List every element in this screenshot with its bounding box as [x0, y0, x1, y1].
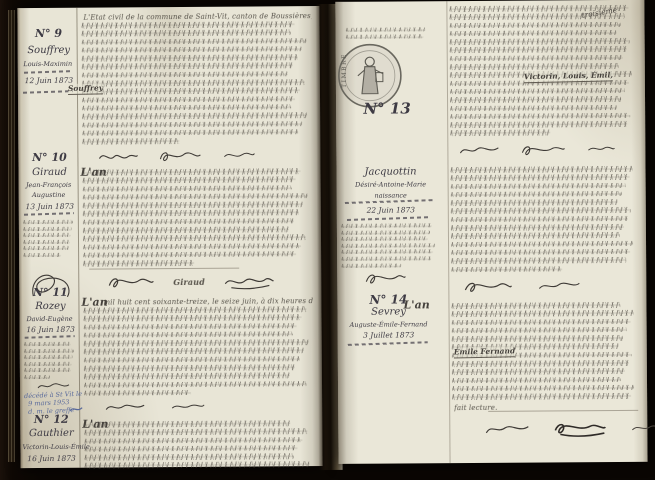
margin-annotation-handwriting — [23, 220, 75, 260]
signature-flourish — [630, 420, 655, 438]
signature-flourish — [170, 400, 206, 413]
scanned-register-spread: N° 9 Souffrey Louis-Maximin 12 Juin 1873… — [0, 0, 655, 480]
signature-flourish — [586, 142, 616, 157]
signature-flourish — [537, 278, 581, 294]
act14-signature-row — [484, 420, 655, 439]
act-date: 16 Juin 1873 — [24, 326, 78, 334]
margin-dash-divider — [24, 70, 72, 74]
act9-body-handwriting — [81, 21, 314, 147]
act13-body-handwriting — [451, 166, 640, 275]
blue-paraph-flourish — [68, 404, 84, 414]
signature-flourish — [520, 142, 566, 157]
margin-dash-divider — [345, 199, 433, 204]
act9-underlined-name: Souffrey — [68, 83, 103, 95]
act-given-names: Auguste-Émile-Fernand — [340, 321, 438, 328]
signature-flourish — [458, 143, 500, 158]
margin-dash-divider — [347, 216, 431, 221]
act11-signature-row — [104, 400, 206, 414]
signature-flourish — [222, 148, 256, 162]
signature-flourish — [104, 400, 148, 413]
signature-flourish — [158, 149, 202, 163]
act-given-names: Jean-François — [21, 182, 77, 189]
act-number: N° 12 — [26, 414, 76, 425]
open-book-spread: N° 9 Souffrey Louis-Maximin 12 Juin 1873… — [3, 0, 650, 478]
stamp-text: TIMBRE — [341, 53, 348, 88]
act-end-rule — [89, 268, 239, 270]
signature-name: Giraud — [173, 278, 205, 287]
act-end-rule — [488, 410, 638, 412]
margin-annotation-handwriting — [341, 223, 439, 270]
act-surname: Giraud — [22, 168, 76, 178]
margin-rule-left-page — [76, 8, 80, 468]
act-number: N° 11 — [25, 287, 75, 298]
act-surname: Souffrey — [22, 46, 76, 56]
margin-handwriting-over-stamp — [346, 27, 434, 41]
margin-annotation-handwriting — [24, 342, 76, 382]
margin-dash-divider — [23, 90, 73, 94]
act-date: 16 Juin 1873 — [25, 455, 79, 463]
signature-flourish — [107, 274, 155, 290]
act9-signature-row — [98, 148, 256, 163]
signature-flourish — [552, 420, 608, 438]
margin-dash-divider — [24, 212, 74, 216]
act-number: N° 9 — [24, 28, 74, 39]
act-given-names-2: Augustine — [21, 192, 77, 199]
act-surname: Jacquottin — [341, 167, 441, 178]
act11-body-handwriting — [83, 306, 316, 399]
act14-opening-initial: L'an — [403, 298, 429, 311]
act-date: 22 Juin 1873 — [341, 206, 441, 214]
act-surname: Gauthier — [24, 429, 78, 439]
act-number: N° 10 — [24, 152, 74, 163]
act-date: 13 Juin 1873 — [23, 203, 77, 211]
act-date: 3 Juillet 1873 — [342, 331, 436, 339]
act-given-names: Louis-Maximin — [20, 61, 76, 68]
signature-flourish — [484, 421, 530, 439]
signature-flourish — [463, 279, 513, 295]
act14-underlined-names: Émile Fernand — [454, 346, 516, 358]
act10-body-handwriting — [83, 168, 316, 269]
act-surname: Rozey — [23, 302, 77, 312]
margin-dash-divider — [348, 341, 428, 346]
act12-signature-row — [458, 142, 616, 158]
signature-flourish — [223, 273, 275, 289]
act12-underlined-names: Victorin, Louis, Émil, — [524, 70, 613, 83]
margin-signature-flourish — [363, 269, 407, 287]
act13-signature-row — [463, 278, 581, 295]
act12-body-handwriting — [84, 420, 316, 471]
act-given-names: David-Eugène — [22, 316, 78, 323]
signature-flourish — [98, 149, 138, 163]
act-given-names: Désiré-Antoine-Marie — [339, 181, 443, 188]
act-given-names: Victorin-Louis-Émile — [22, 444, 78, 451]
act10-signature-row: Giraud — [107, 273, 275, 290]
margin-dash-divider — [25, 335, 75, 339]
register-page-left: N° 9 Souffrey Louis-Maximin 12 Juin 1873… — [17, 6, 322, 468]
act-number: N° 13 — [344, 101, 430, 117]
register-page-right: troisième TIMBRE N° 13 Jacquottin Désiré… — [335, 0, 647, 464]
